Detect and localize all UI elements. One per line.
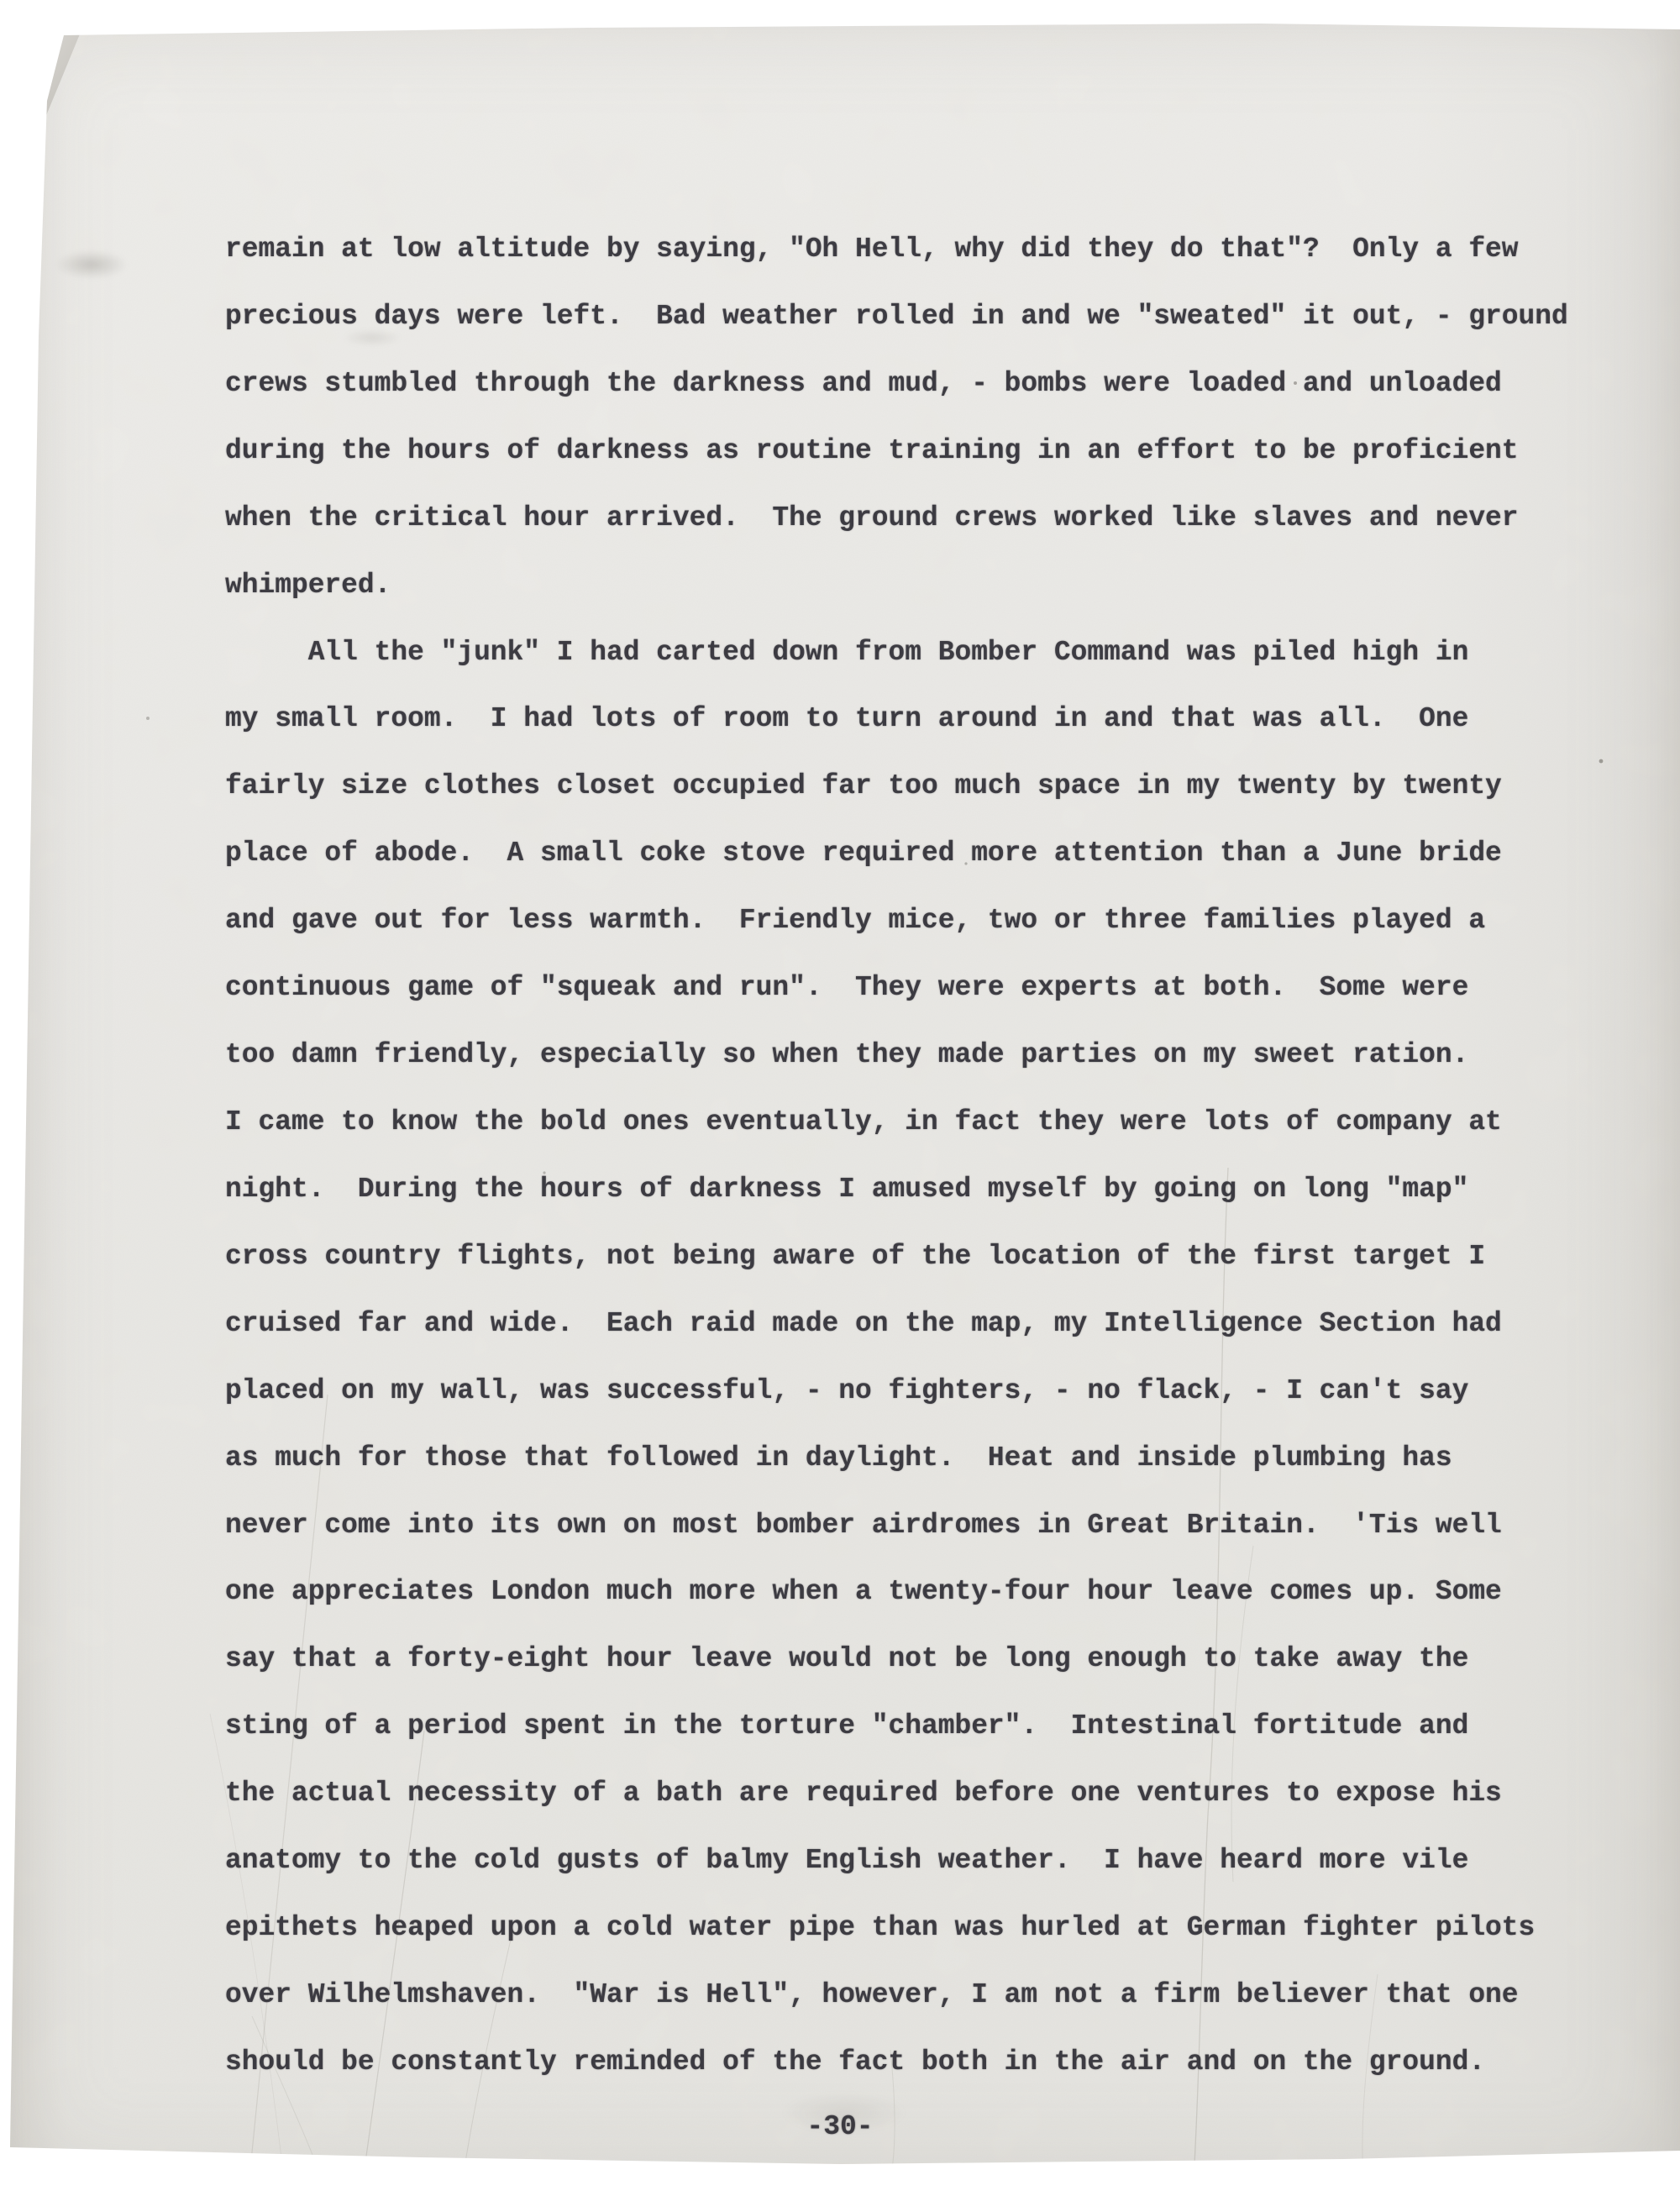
typewritten-text: remain at low altitude by saying, "Oh He… (225, 216, 1603, 2096)
text-line: during the hours of darkness as routine … (225, 418, 1603, 485)
pencil-smudge (55, 250, 128, 279)
text-line: place of abode. A small coke stove requi… (225, 820, 1603, 887)
text-line: sting of a period spent in the torture "… (225, 1693, 1603, 1760)
text-line: the actual necessity of a bath are requi… (225, 1760, 1603, 1827)
text-line: my small room. I had lots of room to tur… (225, 686, 1603, 753)
page-number: -30- (0, 2110, 1680, 2144)
text-line: cross country flights, not being aware o… (225, 1223, 1603, 1290)
text-line: placed on my wall, was successful, - no … (225, 1358, 1603, 1425)
text-line: when the critical hour arrived. The grou… (225, 485, 1603, 552)
text-line: too damn friendly, especially so when th… (225, 1022, 1603, 1089)
text-line: night. During the hours of darkness I am… (225, 1156, 1603, 1223)
text-line: over Wilhelmshaven. "War is Hell", howev… (225, 1962, 1603, 2029)
text-line: as much for those that followed in dayli… (225, 1425, 1603, 1492)
text-line: anatomy to the cold gusts of balmy Engli… (225, 1827, 1603, 1894)
text-line: one appreciates London much more when a … (225, 1558, 1603, 1626)
text-line: cruised far and wide. Each raid made on … (225, 1290, 1603, 1358)
text-line: say that a forty-eight hour leave would … (225, 1626, 1603, 1693)
text-line: never come into its own on most bomber a… (225, 1492, 1603, 1559)
text-line: All the "junk" I had carted down from Bo… (225, 619, 1603, 686)
text-line: epithets heaped upon a cold water pipe t… (225, 1894, 1603, 1962)
text-line: continuous game of "squeak and run". The… (225, 954, 1603, 1022)
text-line: I came to know the bold ones eventually,… (225, 1089, 1603, 1156)
text-line: whimpered. (225, 552, 1603, 619)
text-line: and gave out for less warmth. Friendly m… (225, 887, 1603, 954)
text-line: should be constantly reminded of the fac… (225, 2029, 1603, 2096)
folded-corner (42, 32, 82, 116)
text-line: remain at low altitude by saying, "Oh He… (225, 216, 1603, 283)
paper-sheet: remain at low altitude by saying, "Oh He… (0, 0, 1680, 2196)
text-line: fairly size clothes closet occupied far … (225, 753, 1603, 820)
scanned-document-page: remain at low altitude by saying, "Oh He… (0, 0, 1680, 2196)
text-line: crews stumbled through the darkness and … (225, 350, 1603, 418)
text-line: precious days were left. Bad weather rol… (225, 283, 1603, 350)
